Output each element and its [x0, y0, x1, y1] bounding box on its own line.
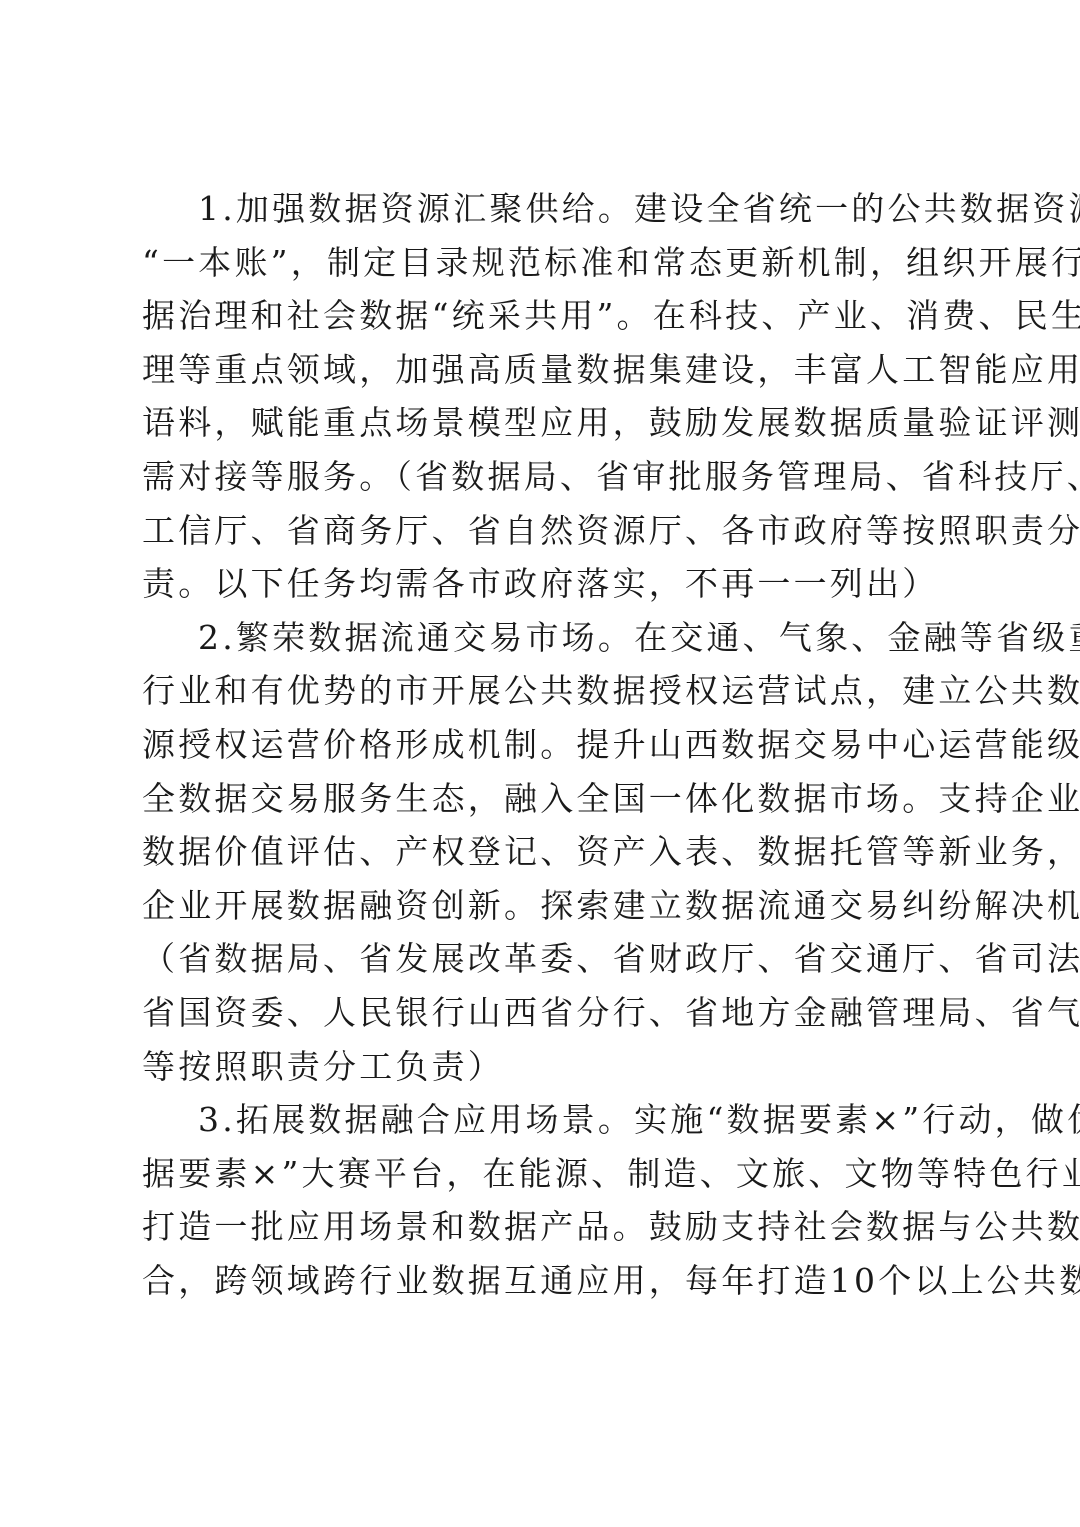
paragraph-line: 企业开展数据融资创新。探索建立数据流通交易纠纷解决机制。	[142, 879, 942, 933]
paragraph-line: 1.加强数据资源汇聚供给。建设全省统一的公共数据资源	[142, 182, 942, 236]
paragraph-line: 工信厅、省商务厅、省自然资源厅、各市政府等按照职责分工负	[142, 504, 942, 558]
paragraph-line: （省数据局、省发展改革委、省财政厅、省交通厅、省司法厅、	[142, 932, 942, 986]
paragraph-line: 打造一批应用场景和数据产品。鼓励支持社会数据与公共数据融	[142, 1200, 942, 1254]
paragraph-line: 全数据交易服务生态，融入全国一体化数据市场。支持企业开展	[142, 772, 942, 826]
paragraph-line: 行业和有优势的市开展公共数据授权运营试点，建立公共数据资	[142, 664, 942, 718]
paragraph-line: 需对接等服务。（省数据局、省审批服务管理局、省科技厅、省	[142, 450, 942, 504]
paragraph-line: 理等重点领域，加强高质量数据集建设，丰富人工智能应用数据	[142, 343, 942, 397]
paragraph-line: 数据价值评估、产权登记、资产入表、数据托管等新业务，引导	[142, 825, 942, 879]
paragraph-line: 据治理和社会数据“统采共用”。在科技、产业、消费、民生、治	[142, 289, 942, 343]
paragraph-3-data-application-scenarios: 3.拓展数据融合应用场景。实施“数据要素×”行动，做优“数 据要素×”大赛平台，…	[142, 1093, 942, 1307]
paragraph-line: 语料，赋能重点场景模型应用，鼓励发展数据质量验证评测、供	[142, 396, 942, 450]
paragraph-line: 源授权运营价格形成机制。提升山西数据交易中心运营能级，健	[142, 718, 942, 772]
paragraph-line: 等按照职责分工负责）	[142, 1040, 942, 1094]
paragraph-line: 2.繁荣数据流通交易市场。在交通、气象、金融等省级重点	[142, 611, 942, 665]
paragraph-line: 据要素×”大赛平台，在能源、制造、文旅、文物等特色行业率先	[142, 1147, 942, 1201]
paragraph-line: 合，跨领域跨行业数据互通应用，每年打造10个以上公共数据	[142, 1254, 942, 1308]
document-body: 1.加强数据资源汇聚供给。建设全省统一的公共数据资源 “一本账”，制定目录规范标…	[142, 182, 942, 1307]
paragraph-1-data-resource-supply: 1.加强数据资源汇聚供给。建设全省统一的公共数据资源 “一本账”，制定目录规范标…	[142, 182, 942, 611]
paragraph-line: 省国资委、人民银行山西省分行、省地方金融管理局、省气象局	[142, 986, 942, 1040]
paragraph-line: 3.拓展数据融合应用场景。实施“数据要素×”行动，做优“数	[142, 1093, 942, 1147]
document-page: 1.加强数据资源汇聚供给。建设全省统一的公共数据资源 “一本账”，制定目录规范标…	[0, 0, 1080, 1527]
paragraph-2-data-trading-market: 2.繁荣数据流通交易市场。在交通、气象、金融等省级重点 行业和有优势的市开展公共…	[142, 611, 942, 1093]
paragraph-line: 责。以下任务均需各市政府落实，不再一一列出）	[142, 557, 942, 611]
paragraph-line: “一本账”，制定目录规范标准和常态更新机制，组织开展行业数	[142, 236, 942, 290]
